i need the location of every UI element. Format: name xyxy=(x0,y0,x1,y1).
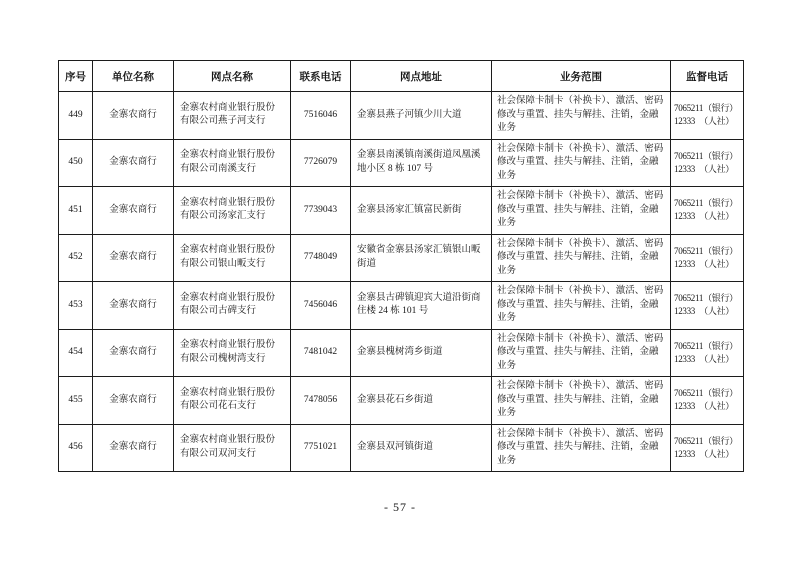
cell-supervision-phone: 7065211（银行） 12333 （人社） xyxy=(671,329,744,377)
cell-unit-name: 金寨农商行 xyxy=(93,282,174,330)
table-row: 455 金寨农商行 金寨农村商业银行股份有限公司花石支行 7478056 金寨县… xyxy=(59,377,744,425)
supervision-bank-line: 7065211（银行） xyxy=(674,435,740,448)
cell-business-scope: 社会保障卡制卡（补换卡）、激活、密码修改与重置、挂失与解挂、注销，金融业务 xyxy=(492,282,671,330)
cell-branch-name: 金寨农村商业银行股份有限公司燕子河支行 xyxy=(174,92,291,140)
table-row: 456 金寨农商行 金寨农村商业银行股份有限公司双河支行 7751021 金寨县… xyxy=(59,424,744,472)
cell-contact-phone: 7726079 xyxy=(291,139,351,187)
cell-business-scope: 社会保障卡制卡（补换卡）、激活、密码修改与重置、挂失与解挂、注销，金融业务 xyxy=(492,424,671,472)
cell-branch-name: 金寨农村商业银行股份有限公司银山畈支行 xyxy=(174,234,291,282)
cell-business-scope: 社会保障卡制卡（补换卡）、激活、密码修改与重置、挂失与解挂、注销，金融业务 xyxy=(492,187,671,235)
page-number: - 57 - xyxy=(0,500,800,515)
service-points-table: 序号 单位名称 网点名称 联系电话 网点地址 业务范围 监督电话 449 金寨农… xyxy=(58,60,744,472)
supervision-social-line: 12333 （人社） xyxy=(674,163,740,176)
cell-unit-name: 金寨农商行 xyxy=(93,92,174,140)
header-branch-name: 网点名称 xyxy=(174,61,291,92)
cell-seq: 455 xyxy=(59,377,93,425)
cell-seq: 456 xyxy=(59,424,93,472)
table-row: 450 金寨农商行 金寨农村商业银行股份有限公司南溪支行 7726079 金寨县… xyxy=(59,139,744,187)
supervision-social-line: 12333 （人社） xyxy=(674,210,740,223)
table-row: 451 金寨农商行 金寨农村商业银行股份有限公司汤家汇支行 7739043 金寨… xyxy=(59,187,744,235)
cell-supervision-phone: 7065211（银行） 12333 （人社） xyxy=(671,282,744,330)
table-row: 453 金寨农商行 金寨农村商业银行股份有限公司古碑支行 7456046 金寨县… xyxy=(59,282,744,330)
cell-supervision-phone: 7065211（银行） 12333 （人社） xyxy=(671,92,744,140)
supervision-social-line: 12333 （人社） xyxy=(674,258,740,271)
cell-branch-address: 金寨县汤家汇镇富民新街 xyxy=(351,187,492,235)
cell-branch-address: 金寨县燕子河镇少川大道 xyxy=(351,92,492,140)
supervision-social-line: 12333 （人社） xyxy=(674,448,740,461)
header-seq: 序号 xyxy=(59,61,93,92)
cell-contact-phone: 7516046 xyxy=(291,92,351,140)
table-row: 454 金寨农商行 金寨农村商业银行股份有限公司槐树湾支行 7481042 金寨… xyxy=(59,329,744,377)
cell-seq: 449 xyxy=(59,92,93,140)
header-branch-address: 网点地址 xyxy=(351,61,492,92)
cell-seq: 450 xyxy=(59,139,93,187)
header-unit-name: 单位名称 xyxy=(93,61,174,92)
cell-seq: 451 xyxy=(59,187,93,235)
cell-unit-name: 金寨农商行 xyxy=(93,377,174,425)
cell-branch-name: 金寨农村商业银行股份有限公司花石支行 xyxy=(174,377,291,425)
cell-unit-name: 金寨农商行 xyxy=(93,329,174,377)
supervision-bank-line: 7065211（银行） xyxy=(674,292,740,305)
header-contact-phone: 联系电话 xyxy=(291,61,351,92)
supervision-bank-line: 7065211（银行） xyxy=(674,387,740,400)
cell-branch-name: 金寨农村商业银行股份有限公司汤家汇支行 xyxy=(174,187,291,235)
cell-unit-name: 金寨农商行 xyxy=(93,187,174,235)
cell-seq: 452 xyxy=(59,234,93,282)
supervision-bank-line: 7065211（银行） xyxy=(674,102,740,115)
cell-branch-name: 金寨农村商业银行股份有限公司槐树湾支行 xyxy=(174,329,291,377)
cell-contact-phone: 7478056 xyxy=(291,377,351,425)
supervision-social-line: 12333 （人社） xyxy=(674,115,740,128)
cell-branch-address: 金寨县槐树湾乡街道 xyxy=(351,329,492,377)
cell-contact-phone: 7739043 xyxy=(291,187,351,235)
cell-business-scope: 社会保障卡制卡（补换卡）、激活、密码修改与重置、挂失与解挂、注销，金融业务 xyxy=(492,234,671,282)
cell-unit-name: 金寨农商行 xyxy=(93,424,174,472)
header-business-scope: 业务范围 xyxy=(492,61,671,92)
cell-unit-name: 金寨农商行 xyxy=(93,234,174,282)
supervision-bank-line: 7065211（银行） xyxy=(674,197,740,210)
supervision-social-line: 12333 （人社） xyxy=(674,400,740,413)
table-body: 449 金寨农商行 金寨农村商业银行股份有限公司燕子河支行 7516046 金寨… xyxy=(59,92,744,472)
cell-branch-address: 金寨县古碑镇迎宾大道沿街商住楼 24 栋 101 号 xyxy=(351,282,492,330)
supervision-social-line: 12333 （人社） xyxy=(674,305,740,318)
cell-branch-name: 金寨农村商业银行股份有限公司南溪支行 xyxy=(174,139,291,187)
cell-supervision-phone: 7065211（银行） 12333 （人社） xyxy=(671,187,744,235)
cell-contact-phone: 7481042 xyxy=(291,329,351,377)
cell-contact-phone: 7456046 xyxy=(291,282,351,330)
cell-contact-phone: 7748049 xyxy=(291,234,351,282)
cell-contact-phone: 7751021 xyxy=(291,424,351,472)
supervision-bank-line: 7065211（银行） xyxy=(674,150,740,163)
table-header-row: 序号 单位名称 网点名称 联系电话 网点地址 业务范围 监督电话 xyxy=(59,61,744,92)
cell-business-scope: 社会保障卡制卡（补换卡）、激活、密码修改与重置、挂失与解挂、注销，金融业务 xyxy=(492,139,671,187)
cell-unit-name: 金寨农商行 xyxy=(93,139,174,187)
supervision-bank-line: 7065211（银行） xyxy=(674,245,740,258)
cell-supervision-phone: 7065211（银行） 12333 （人社） xyxy=(671,377,744,425)
cell-business-scope: 社会保障卡制卡（补换卡）、激活、密码修改与重置、挂失与解挂、注销，金融业务 xyxy=(492,377,671,425)
cell-branch-address: 金寨县花石乡街道 xyxy=(351,377,492,425)
cell-branch-address: 安徽省金寨县汤家汇镇银山畈街道 xyxy=(351,234,492,282)
cell-branch-address: 金寨县双河镇街道 xyxy=(351,424,492,472)
document-page: 序号 单位名称 网点名称 联系电话 网点地址 业务范围 监督电话 449 金寨农… xyxy=(0,0,800,565)
cell-branch-name: 金寨农村商业银行股份有限公司双河支行 xyxy=(174,424,291,472)
cell-seq: 454 xyxy=(59,329,93,377)
cell-business-scope: 社会保障卡制卡（补换卡）、激活、密码修改与重置、挂失与解挂、注销，金融业务 xyxy=(492,92,671,140)
header-supervision-phone: 监督电话 xyxy=(671,61,744,92)
table-row: 452 金寨农商行 金寨农村商业银行股份有限公司银山畈支行 7748049 安徽… xyxy=(59,234,744,282)
table-row: 449 金寨农商行 金寨农村商业银行股份有限公司燕子河支行 7516046 金寨… xyxy=(59,92,744,140)
cell-branch-name: 金寨农村商业银行股份有限公司古碑支行 xyxy=(174,282,291,330)
supervision-social-line: 12333 （人社） xyxy=(674,353,740,366)
supervision-bank-line: 7065211（银行） xyxy=(674,340,740,353)
cell-supervision-phone: 7065211（银行） 12333 （人社） xyxy=(671,139,744,187)
cell-business-scope: 社会保障卡制卡（补换卡）、激活、密码修改与重置、挂失与解挂、注销，金融业务 xyxy=(492,329,671,377)
cell-seq: 453 xyxy=(59,282,93,330)
cell-branch-address: 金寨县南溪镇南溪街道凤凰溪地小区 8 栋 107 号 xyxy=(351,139,492,187)
cell-supervision-phone: 7065211（银行） 12333 （人社） xyxy=(671,234,744,282)
cell-supervision-phone: 7065211（银行） 12333 （人社） xyxy=(671,424,744,472)
